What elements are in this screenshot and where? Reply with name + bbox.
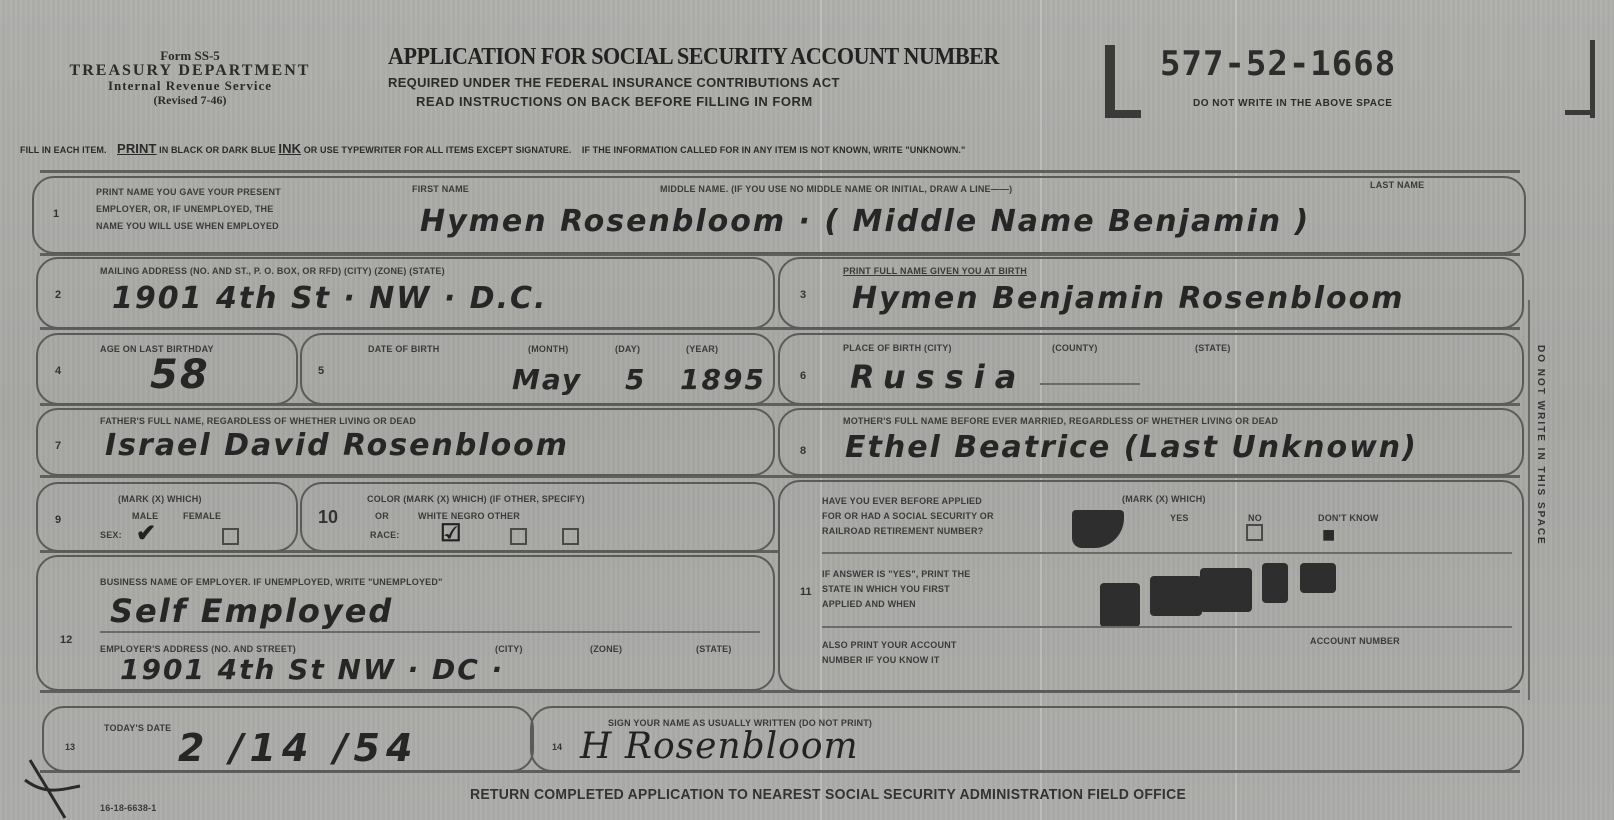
label-line: IF ANSWER IS "YES", PRINT THE bbox=[822, 567, 971, 582]
mailing-address-label: MAILING ADDRESS (NO. AND ST., P. O. BOX,… bbox=[100, 266, 445, 276]
field-number: 8 bbox=[800, 445, 806, 457]
redacted-block bbox=[1262, 563, 1288, 603]
field-number: 4 bbox=[55, 365, 61, 377]
title-block: APPLICATION FOR SOCIAL SECURITY ACCOUNT … bbox=[388, 44, 1068, 109]
print-emphasis: PRINT bbox=[117, 141, 157, 156]
form-print-code: 16-18-6638-1 bbox=[100, 803, 156, 813]
place-of-birth-label: PLACE OF BIRTH (CITY) bbox=[843, 343, 952, 353]
revised-date: (Revised 7-46) bbox=[20, 93, 360, 108]
mother-name-value[interactable]: Ethel Beatrice (Last Unknown) bbox=[845, 430, 1418, 465]
corner-bracket-foot bbox=[1105, 110, 1141, 118]
county-label: (COUNTY) bbox=[1052, 343, 1098, 353]
read-instructions: READ INSTRUCTIONS ON BACK BEFORE FILLING… bbox=[416, 94, 1068, 109]
field-number: 11 bbox=[800, 586, 812, 598]
label-line: PRINT NAME YOU GAVE YOUR PRESENT bbox=[96, 184, 281, 201]
service-name: Internal Revenue Service bbox=[20, 78, 360, 93]
dob-month-label: (MONTH) bbox=[528, 344, 568, 354]
redacted-block bbox=[1200, 568, 1252, 612]
mark-which-label: (MARK (X) WHICH) bbox=[1122, 494, 1206, 504]
redacted-block bbox=[1100, 583, 1140, 627]
sex-label: SEX: bbox=[100, 530, 122, 540]
checkbox-square bbox=[562, 528, 579, 545]
return-instructions: RETURN COMPLETED APPLICATION TO NEAREST … bbox=[470, 786, 1186, 803]
todays-date-value[interactable]: 2 /14 /54 bbox=[178, 726, 418, 770]
dob-month-value[interactable]: May bbox=[512, 363, 582, 396]
dob-day-value[interactable]: 5 bbox=[625, 363, 646, 396]
field-number: 6 bbox=[800, 370, 806, 382]
dob-day-label: (DAY) bbox=[615, 344, 640, 354]
no-label: NO bbox=[1248, 513, 1262, 523]
no-checkbox[interactable] bbox=[1246, 524, 1263, 542]
signature-value[interactable]: H Rosenbloom bbox=[580, 726, 859, 767]
employer-address-value[interactable]: 1901 4th St NW · DC · bbox=[120, 653, 504, 686]
form-title: APPLICATION FOR SOCIAL SECURITY ACCOUNT … bbox=[388, 44, 1014, 71]
label-line: ALSO PRINT YOUR ACCOUNT bbox=[822, 638, 957, 653]
label-line: EMPLOYER, OR, IF UNEMPLOYED, THE bbox=[96, 201, 281, 218]
other-checkbox[interactable] bbox=[562, 528, 579, 546]
male-checkbox-checked[interactable]: ✔ bbox=[136, 524, 156, 544]
place-of-birth-value[interactable]: Russia bbox=[850, 358, 1026, 396]
state-label: (STATE) bbox=[1195, 343, 1231, 353]
birth-name-label: PRINT FULL NAME GIVEN YOU AT BIRTH bbox=[843, 266, 1027, 276]
account-number-label: ACCOUNT NUMBER bbox=[1310, 636, 1400, 646]
redacted-block bbox=[1300, 563, 1336, 593]
field-1-name-value[interactable]: Hymen Rosenbloom · ( Middle Name Benjami… bbox=[420, 204, 1310, 239]
side-margin-note: DO NOT WRITE IN THIS SPACE bbox=[1532, 345, 1546, 575]
field-number: 7 bbox=[55, 440, 61, 452]
fill-instructions: FILL IN EACH ITEM. PRINT IN BLACK OR DAR… bbox=[20, 141, 1610, 156]
birth-name-value[interactable]: Hymen Benjamin Rosenbloom bbox=[852, 281, 1405, 316]
corner-bracket-right-foot bbox=[1565, 110, 1595, 115]
corner-bracket-left bbox=[1105, 45, 1115, 117]
form-subtitle: REQUIRED UNDER THE FEDERAL INSURANCE CON… bbox=[388, 75, 1068, 90]
do-not-write-note: DO NOT WRITE IN THE ABOVE SPACE bbox=[1193, 98, 1392, 109]
field-1-label: PRINT NAME YOU GAVE YOUR PRESENT EMPLOYE… bbox=[96, 184, 281, 235]
field-number: 1 bbox=[53, 208, 59, 220]
employer-state-label: (STATE) bbox=[696, 644, 732, 654]
label-line: HAVE YOU EVER BEFORE APPLIED bbox=[822, 494, 994, 509]
label-line: RAILROAD RETIREMENT NUMBER? bbox=[822, 524, 994, 539]
negro-checkbox[interactable] bbox=[510, 528, 527, 546]
business-name-label: BUSINESS NAME OF EMPLOYER. IF UNEMPLOYED… bbox=[100, 577, 443, 587]
corner-bracket-right bbox=[1590, 40, 1595, 118]
prior-number-question: HAVE YOU EVER BEFORE APPLIED FOR OR HAD … bbox=[822, 494, 994, 539]
mailing-address-value[interactable]: 1901 4th St · NW · D.C. bbox=[112, 281, 547, 316]
last-name-label: LAST NAME bbox=[1370, 180, 1424, 190]
father-name-label: FATHER'S FULL NAME, REGARDLESS OF WHETHE… bbox=[100, 416, 416, 426]
county-blank-line bbox=[1040, 383, 1140, 385]
prior-account-label: ALSO PRINT YOUR ACCOUNT NUMBER IF YOU KN… bbox=[822, 638, 957, 668]
checkbox-square bbox=[222, 528, 239, 545]
todays-date-label: TODAY'S DATE bbox=[104, 723, 171, 733]
fill-text: FILL IN EACH ITEM. bbox=[20, 145, 107, 155]
dont-know-checkbox-marked[interactable]: ■ bbox=[1322, 522, 1335, 548]
department-name: TREASURY DEPARTMENT bbox=[20, 63, 360, 78]
sex-mark-label: (MARK (X) WHICH) bbox=[118, 494, 202, 504]
ssn-account-number: 577-52-1668 bbox=[1160, 44, 1396, 84]
fill-text: IN BLACK OR DARK BLUE bbox=[159, 145, 276, 155]
rule-top bbox=[40, 170, 1520, 173]
yes-label: YES bbox=[1170, 513, 1189, 523]
margin-line bbox=[1528, 300, 1530, 700]
employer-zone-label: (ZONE) bbox=[590, 644, 622, 654]
label-line: NUMBER IF YOU KNOW IT bbox=[822, 653, 957, 668]
margin-scribble-icon bbox=[20, 740, 100, 820]
field-number: 9 bbox=[55, 514, 61, 526]
label-line: FOR OR HAD A SOCIAL SECURITY OR bbox=[822, 509, 994, 524]
field-number: 2 bbox=[55, 289, 61, 301]
label-line: STATE IN WHICH YOU FIRST bbox=[822, 582, 971, 597]
father-name-value[interactable]: Israel David Rosenbloom bbox=[105, 428, 569, 463]
race-options-label: WHITE NEGRO OTHER bbox=[418, 511, 520, 521]
label-line: APPLIED AND WHEN bbox=[822, 597, 971, 612]
dob-label: DATE OF BIRTH bbox=[368, 344, 439, 354]
field-10-box bbox=[300, 482, 775, 552]
divider bbox=[822, 626, 1512, 628]
label-line: NAME YOU WILL USE WHEN EMPLOYED bbox=[96, 218, 281, 235]
checkbox-square bbox=[1246, 524, 1263, 541]
female-label: FEMALE bbox=[183, 511, 221, 521]
fill-text: IF THE INFORMATION CALLED FOR IN ANY ITE… bbox=[582, 145, 966, 155]
field-number: 14 bbox=[552, 742, 562, 752]
field-number: 12 bbox=[60, 634, 72, 646]
or-label: OR bbox=[375, 511, 389, 521]
field-number: 5 bbox=[318, 365, 324, 377]
field-number: 3 bbox=[800, 289, 806, 301]
dob-year-value[interactable]: 1895 bbox=[680, 363, 766, 396]
redacted-block bbox=[1150, 576, 1202, 616]
ink-emphasis: INK bbox=[278, 141, 301, 156]
prior-state-label: IF ANSWER IS "YES", PRINT THE STATE IN W… bbox=[822, 567, 971, 612]
race-label: RACE: bbox=[370, 530, 400, 540]
field-number: 10 bbox=[318, 507, 338, 528]
white-checkbox-checked[interactable]: ☑ bbox=[440, 524, 462, 544]
agency-block: Form SS-5 TREASURY DEPARTMENT Internal R… bbox=[20, 48, 360, 108]
checkbox-square bbox=[510, 528, 527, 545]
divider bbox=[100, 631, 760, 633]
color-race-label: COLOR (MARK (X) WHICH) (IF OTHER, SPECIF… bbox=[367, 494, 585, 504]
age-value[interactable]: 58 bbox=[150, 352, 210, 398]
female-checkbox[interactable] bbox=[222, 528, 239, 546]
dob-year-label: (YEAR) bbox=[686, 344, 718, 354]
mother-name-label: MOTHER'S FULL NAME BEFORE EVER MARRIED, … bbox=[843, 416, 1278, 426]
fill-text: OR USE TYPEWRITER FOR ALL ITEMS EXCEPT S… bbox=[304, 145, 572, 155]
divider bbox=[822, 552, 1512, 554]
business-name-value[interactable]: Self Employed bbox=[110, 592, 393, 630]
field-9-box bbox=[36, 482, 298, 552]
first-name-label: FIRST NAME bbox=[412, 184, 469, 194]
form-number: Form SS-5 bbox=[20, 48, 360, 63]
middle-name-label: MIDDLE NAME. (IF YOU USE NO MIDDLE NAME … bbox=[660, 184, 1012, 194]
